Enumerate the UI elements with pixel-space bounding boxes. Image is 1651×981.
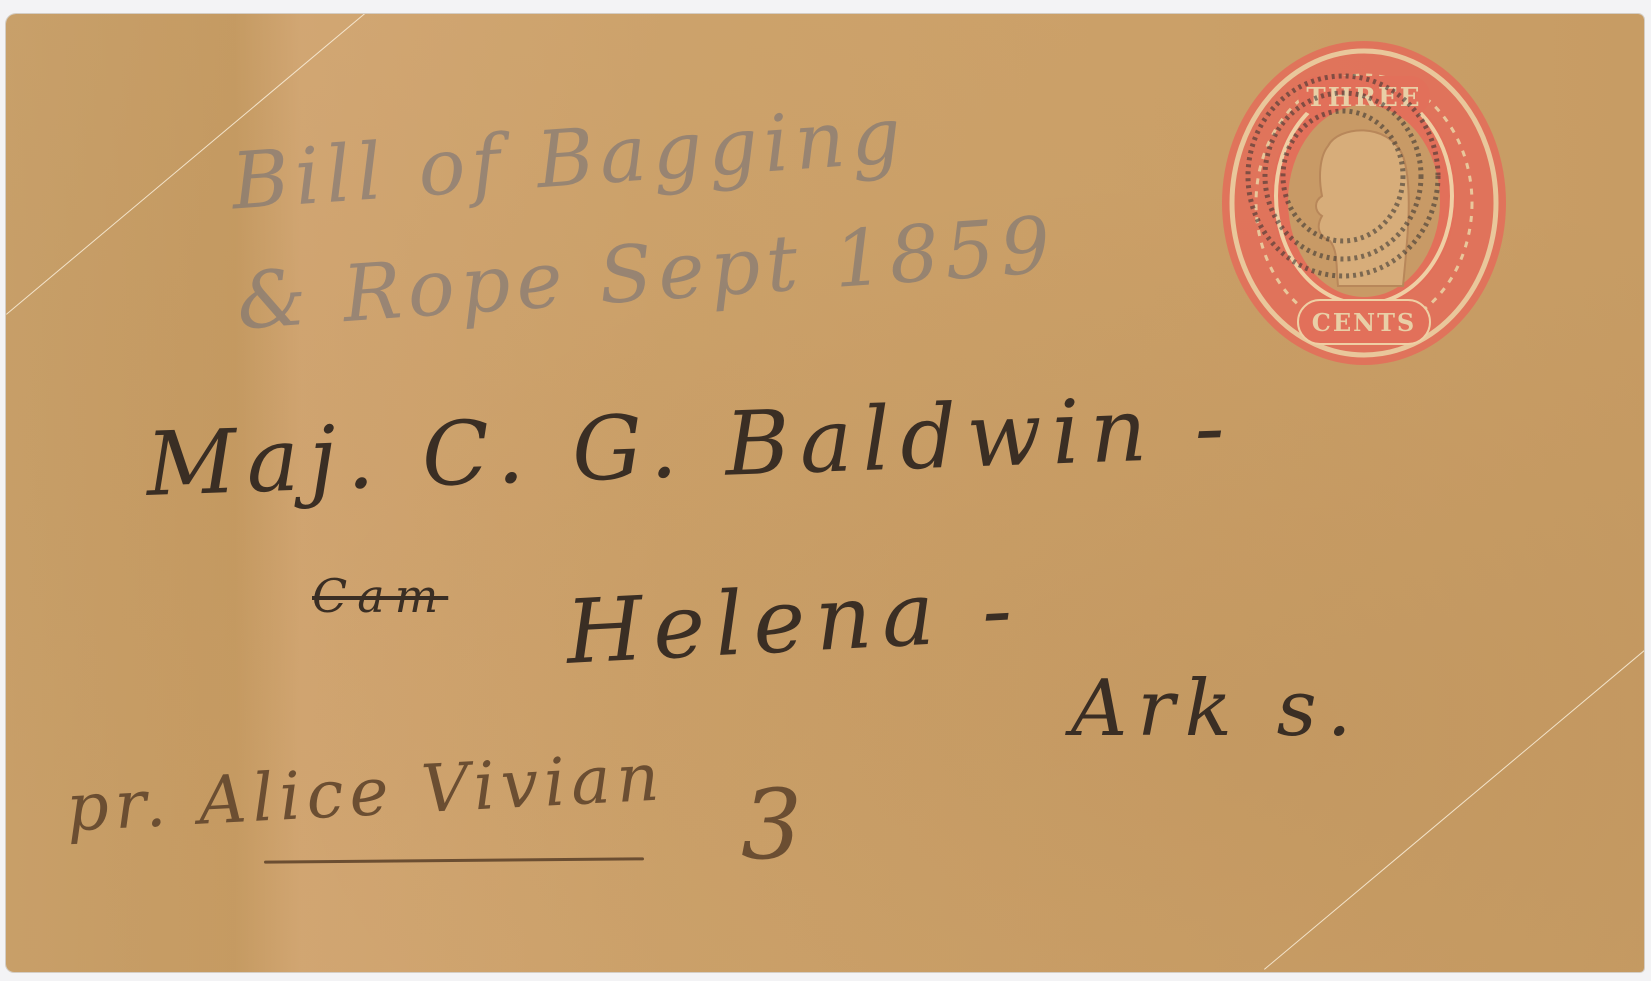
routing-via-ship: pr. Alice Vivian	[64, 738, 666, 846]
pencil-docket-line-2: & Rope Sept 1859	[234, 200, 1059, 347]
address-state: Ark s.	[1071, 664, 1362, 754]
address-struck-word: Cam	[312, 569, 448, 623]
routing-underline	[264, 857, 644, 863]
pencil-docket-line-1: Bill of Bagging	[229, 91, 910, 228]
embossed-stamp: THREE CENTS	[1218, 36, 1510, 370]
stamp-bottom-label: CENTS	[1312, 308, 1417, 337]
stamp-graphic: THREE CENTS	[1218, 36, 1510, 370]
routing-mark: 3	[741, 769, 802, 881]
address-city: Helena -	[564, 557, 1025, 684]
address-recipient: Maj. C. G. Baldwin -	[145, 375, 1236, 516]
scan-background: Bill of Bagging & Rope Sept 1859 Maj. C.…	[0, 0, 1651, 981]
